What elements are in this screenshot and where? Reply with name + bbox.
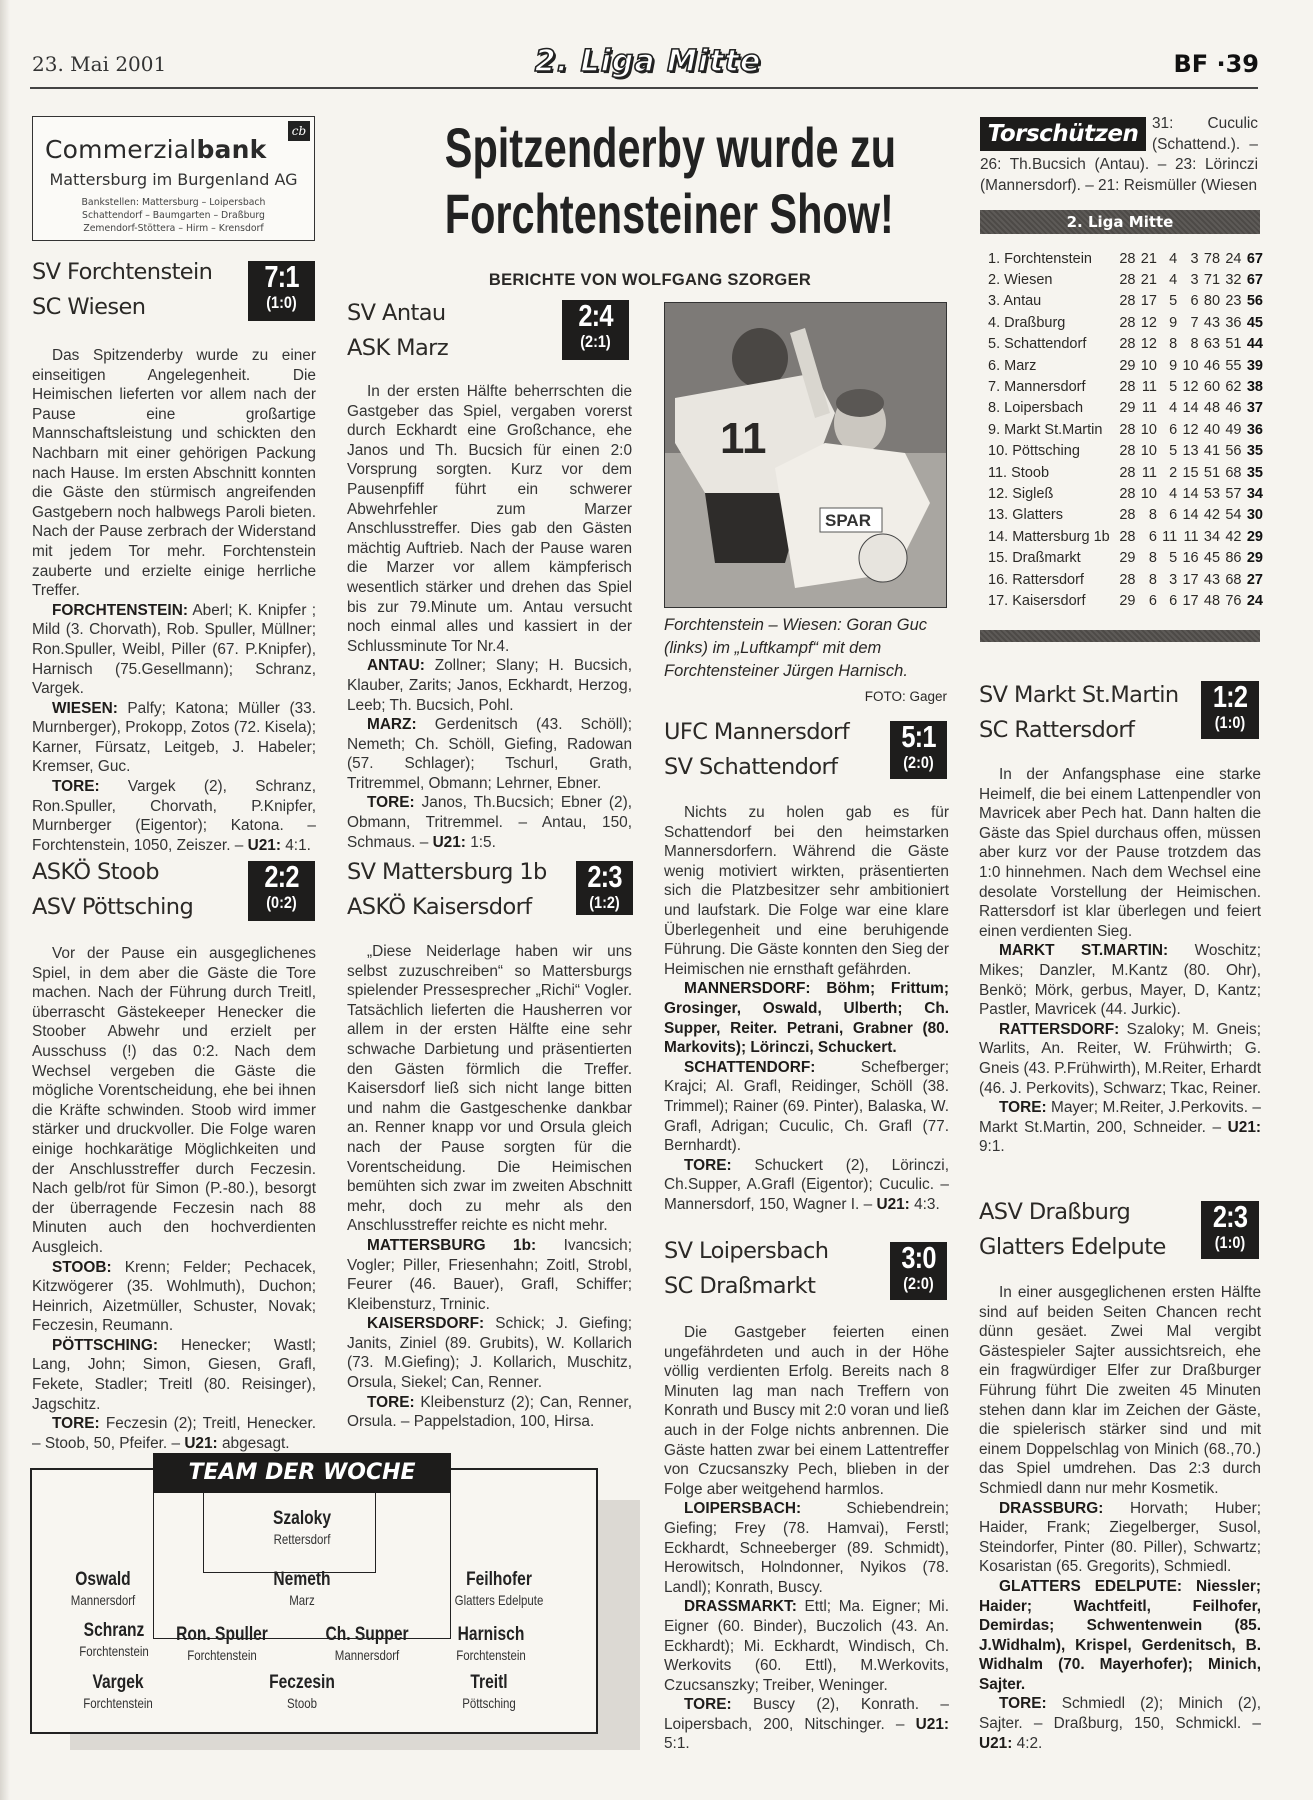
stat-sp: 28 [1114, 376, 1135, 397]
stat-tp: 40 [1199, 419, 1220, 440]
standings-row: 2. Wiesen282143713267 [988, 269, 1263, 290]
stat-u: 6 [1157, 590, 1177, 611]
stat-s: 17 [1135, 291, 1156, 312]
standings-row: 3. Antau281756802356 [988, 291, 1263, 312]
stat-s: 12 [1135, 312, 1156, 333]
match-header: SV Mattersburg 1bASKÖ Kaisersdorf 2:3(1:… [347, 855, 632, 925]
team-name: 9. Markt St.Martin [988, 419, 1114, 440]
stat-sp: 28 [1114, 462, 1135, 483]
match-header: ASV DraßburgGlatters Edelpute 2:3(1:0) [979, 1195, 1264, 1265]
stat-tp: 45 [1199, 547, 1220, 568]
football-players-image: 11 SPAR [665, 303, 947, 608]
standings-row: 5. Schattendorf281288635144 [988, 334, 1263, 355]
points: 34 [1242, 483, 1264, 504]
stat-tm: 24 [1220, 248, 1241, 269]
points: 27 [1242, 569, 1264, 590]
stat-tm: 51 [1220, 334, 1241, 355]
stat-sp: 28 [1114, 312, 1135, 333]
tdw-player: TreitlPöttsching [404, 1672, 574, 1711]
stat-u: 6 [1157, 419, 1177, 440]
points: 45 [1242, 312, 1264, 333]
stat-n: 6 [1177, 291, 1198, 312]
match-header: UFC MannersdorfSV Schattendorf 5:1(2:0) [664, 715, 949, 785]
points: 38 [1242, 376, 1264, 397]
standings-row: 4. Draßburg281297433645 [988, 312, 1263, 333]
svg-text:SPAR: SPAR [825, 511, 871, 530]
stat-tp: 53 [1199, 483, 1220, 504]
stat-tp: 42 [1199, 505, 1220, 526]
score-box: 2:2(0:2) [248, 861, 315, 921]
stat-n: 16 [1177, 547, 1198, 568]
stat-tp: 41 [1199, 441, 1220, 462]
team-name: 10. Pöttsching [988, 441, 1114, 462]
standings-row: 6. Marz2910910465539 [988, 355, 1263, 376]
score-box: 2:4(2:1) [562, 300, 629, 360]
stat-sp: 28 [1114, 526, 1135, 547]
stat-n: 3 [1177, 269, 1198, 290]
match-report: In der Anfangsphase eine starke Heimelf,… [979, 765, 1261, 1157]
tdw-player: OswaldMannersdorf [18, 1569, 188, 1608]
team-name: 6. Marz [988, 355, 1114, 376]
stat-n: 3 [1177, 248, 1198, 269]
stat-tm: 46 [1220, 398, 1241, 419]
stat-sp: 28 [1114, 483, 1135, 504]
match-report: In einer ausgeglichenen ersten Hälfte si… [979, 1283, 1261, 1753]
points: 67 [1242, 248, 1264, 269]
stat-tp: 43 [1199, 569, 1220, 590]
stat-tp: 71 [1199, 269, 1220, 290]
stat-tm: 42 [1220, 526, 1241, 547]
team-name: 14. Mattersburg 1b [988, 526, 1114, 547]
stat-tm: 49 [1220, 419, 1241, 440]
stat-u: 4 [1157, 248, 1177, 269]
points: 29 [1242, 547, 1264, 568]
stat-sp: 28 [1114, 505, 1135, 526]
team-name: 4. Draßburg [988, 312, 1114, 333]
standings-footer-bar [980, 630, 1260, 642]
standings-row: 9. Markt St.Martin2810612404936 [988, 419, 1263, 440]
standings-row: 13. Glatters288614425430 [988, 505, 1263, 526]
team-of-week-title: TEAM DER WOCHE [153, 1453, 451, 1493]
tdw-player: FeczesinStoob [217, 1672, 387, 1711]
stat-u: 4 [1157, 398, 1177, 419]
stat-n: 7 [1177, 312, 1198, 333]
tdw-player: VargekForchtenstein [33, 1672, 203, 1711]
stat-tm: 57 [1220, 483, 1241, 504]
stat-n: 17 [1177, 590, 1198, 611]
standings-row: 8. Loipersbach2911414484637 [988, 398, 1263, 419]
stat-sp: 28 [1114, 269, 1135, 290]
stat-u: 5 [1157, 441, 1177, 462]
stat-tm: 55 [1220, 355, 1241, 376]
tdw-player: SzalokyRettersdorf [217, 1508, 387, 1547]
stat-sp: 28 [1114, 441, 1135, 462]
standings-row: 11. Stoob2811215516835 [988, 462, 1263, 483]
points: 44 [1242, 334, 1264, 355]
match-report: Nichts zu holen gab es für Schattendorf … [664, 803, 949, 1214]
match-header: SV AntauASK Marz 2:4(2:1) [347, 296, 632, 366]
points: 29 [1242, 526, 1264, 547]
points: 35 [1242, 462, 1264, 483]
points: 35 [1242, 441, 1264, 462]
stat-u: 4 [1157, 483, 1177, 504]
standings-title: 2. Liga Mitte [980, 210, 1260, 234]
team-name: 7. Mannersdorf [988, 376, 1114, 397]
stat-tm: 86 [1220, 547, 1241, 568]
stat-n: 15 [1177, 462, 1198, 483]
points: 37 [1242, 398, 1264, 419]
standings-row: 12. Sigleß2810414535734 [988, 483, 1263, 504]
stat-n: 14 [1177, 505, 1198, 526]
stat-n: 10 [1177, 355, 1198, 376]
stat-sp: 28 [1114, 248, 1135, 269]
stat-tp: 48 [1199, 398, 1220, 419]
stat-tm: 32 [1220, 269, 1241, 290]
stat-s: 10 [1135, 441, 1156, 462]
score-box: 7:1(1:0) [248, 261, 315, 321]
team-name: 13. Glatters [988, 505, 1114, 526]
match-report: In der ersten Hälfte beherrschten die Ga… [347, 382, 632, 852]
standings-row: 14. Mattersburg 1b2861111344229 [988, 526, 1263, 547]
standings-row: 15. Draßmarkt298516458629 [988, 547, 1263, 568]
team-name: 3. Antau [988, 291, 1114, 312]
match-header: SV ForchtensteinSC Wiesen 7:1(1:0) [32, 255, 317, 325]
stat-sp: 29 [1114, 590, 1135, 611]
stat-tp: 51 [1199, 462, 1220, 483]
stat-n: 12 [1177, 376, 1198, 397]
stat-u: 4 [1157, 269, 1177, 290]
standings-row: 1. Forchtenstein282143782467 [988, 248, 1263, 269]
match-header: ASKÖ StoobASV Pöttsching 2:2(0:2) [32, 855, 317, 925]
bank-advertisement: cb Commerzialbank Mattersburg im Burgenl… [32, 116, 315, 241]
match-report: Vor der Pause ein ausgeglichenes Spiel, … [32, 944, 316, 1453]
stat-u: 3 [1157, 569, 1177, 590]
tdw-player: HarnischForchtenstein [406, 1624, 576, 1663]
team-name: 1. Forchtenstein [988, 248, 1114, 269]
article-headline: Spitzenderby wurde zu Forchtensteiner Sh… [445, 115, 859, 247]
bank-branches-line: Zemendorf-Stöttera – Hirm – Krensdorf [33, 223, 314, 234]
top-scorers-label: Torschützen [980, 117, 1146, 151]
team-name: 8. Loipersbach [988, 398, 1114, 419]
stat-s: 11 [1135, 462, 1156, 483]
section-title: 2. Liga Mitte [498, 44, 798, 79]
stat-s: 6 [1135, 590, 1156, 611]
stat-s: 11 [1135, 398, 1156, 419]
score-box: 2:3(1:2) [576, 861, 633, 915]
svg-text:11: 11 [720, 414, 767, 463]
stat-u: 5 [1157, 376, 1177, 397]
stat-u: 8 [1157, 334, 1177, 355]
top-scorers-text: Torschützen 31: Cuculic (Schattend.). – … [980, 114, 1258, 196]
stat-sp: 28 [1114, 569, 1135, 590]
stat-u: 6 [1157, 505, 1177, 526]
team-name: 11. Stoob [988, 462, 1114, 483]
stat-n: 17 [1177, 569, 1198, 590]
bank-subtitle: Mattersburg im Burgenland AG [33, 170, 314, 189]
points: 67 [1242, 269, 1264, 290]
stat-s: 10 [1135, 419, 1156, 440]
tdw-player: FeilhoferGlatters Edelpute [414, 1569, 584, 1608]
stat-tm: 68 [1220, 569, 1241, 590]
stat-tm: 76 [1220, 590, 1241, 611]
byline: BERICHTE VON WOLFGANG SZORGER [380, 271, 920, 290]
points: 36 [1242, 419, 1264, 440]
issue-date: 23. Mai 2001 [32, 52, 166, 76]
tdw-player: NemethMarz [217, 1569, 387, 1608]
score-box: 1:2(1:0) [1201, 681, 1259, 739]
team-name: 15. Draßmarkt [988, 547, 1114, 568]
team-name: 12. Sigleß [988, 483, 1114, 504]
stat-u: 9 [1157, 355, 1177, 376]
stat-n: 8 [1177, 334, 1198, 355]
points: 39 [1242, 355, 1264, 376]
bank-branches-line: Schattendorf – Baumgarten – Draßburg [33, 210, 314, 221]
photo-credit: FOTO: Gager [865, 685, 947, 708]
page-edge [0, 0, 10, 1800]
standings-table: 1. Forchtenstein2821437824672. Wiesen282… [988, 248, 1263, 612]
standings-row: 10. Pöttsching2810513415635 [988, 441, 1263, 462]
stat-tp: 43 [1199, 312, 1220, 333]
stat-tm: 68 [1220, 462, 1241, 483]
cb-logo-icon: cb [288, 121, 310, 141]
stat-tp: 63 [1199, 334, 1220, 355]
points: 30 [1242, 505, 1264, 526]
stat-s: 10 [1135, 355, 1156, 376]
page-number: BF ·39 [1173, 50, 1259, 78]
stat-tm: 62 [1220, 376, 1241, 397]
points: 24 [1242, 590, 1264, 611]
stat-sp: 29 [1114, 355, 1135, 376]
stat-s: 21 [1135, 248, 1156, 269]
stat-n: 11 [1177, 526, 1198, 547]
stat-tp: 48 [1199, 590, 1220, 611]
stat-tm: 23 [1220, 291, 1241, 312]
match-report: Die Gastgeber feierten einen ungefährdet… [664, 1323, 949, 1754]
stat-n: 14 [1177, 483, 1198, 504]
stat-s: 21 [1135, 269, 1156, 290]
stat-tm: 54 [1220, 505, 1241, 526]
stat-s: 12 [1135, 334, 1156, 355]
standings-row: 7. Mannersdorf2811512606238 [988, 376, 1263, 397]
stat-tp: 60 [1199, 376, 1220, 397]
stat-u: 11 [1157, 526, 1177, 547]
stat-sp: 28 [1114, 334, 1135, 355]
stat-s: 8 [1135, 547, 1156, 568]
score-box: 3:0(2:0) [890, 1242, 947, 1300]
stat-sp: 29 [1114, 547, 1135, 568]
stat-tp: 46 [1199, 355, 1220, 376]
stat-n: 13 [1177, 441, 1198, 462]
photo-caption: Forchtenstein – Wiesen: Goran Guc (links… [664, 614, 947, 708]
points: 56 [1242, 291, 1264, 312]
team-name: 17. Kaisersdorf [988, 590, 1114, 611]
stat-u: 5 [1157, 547, 1177, 568]
team-name: 16. Rattersdorf [988, 569, 1114, 590]
header-rule [30, 87, 1258, 89]
stat-u: 2 [1157, 462, 1177, 483]
match-report: „Diese Neiderlage haben wir uns selbst z… [347, 942, 632, 1432]
match-report: Das Spitzenderby wurde zu einer einseiti… [32, 346, 316, 855]
stat-tm: 36 [1220, 312, 1241, 333]
standings-row: 16. Rattersdorf288317436827 [988, 569, 1263, 590]
stat-tp: 78 [1199, 248, 1220, 269]
stat-s: 6 [1135, 526, 1156, 547]
team-name: 2. Wiesen [988, 269, 1114, 290]
stat-u: 5 [1157, 291, 1177, 312]
team-name: 5. Schattendorf [988, 334, 1114, 355]
standings-row: 17. Kaisersdorf296617487624 [988, 590, 1263, 611]
match-header: SV Markt St.MartinSC Rattersdorf 1:2(1:0… [979, 678, 1264, 748]
stat-tp: 80 [1199, 291, 1220, 312]
stat-sp: 29 [1114, 398, 1135, 419]
stat-sp: 28 [1114, 291, 1135, 312]
bank-branches-line: Bankstellen: Mattersburg – Loipersbach [33, 197, 314, 208]
stat-tm: 56 [1220, 441, 1241, 462]
score-box: 2:3(1:0) [1201, 1201, 1259, 1259]
stat-sp: 28 [1114, 419, 1135, 440]
stat-u: 9 [1157, 312, 1177, 333]
stat-n: 14 [1177, 398, 1198, 419]
score-box: 5:1(2:0) [890, 721, 947, 779]
stat-s: 8 [1135, 505, 1156, 526]
stat-n: 12 [1177, 419, 1198, 440]
bank-name: Commerzialbank [45, 135, 266, 164]
stat-s: 8 [1135, 569, 1156, 590]
stat-s: 11 [1135, 376, 1156, 397]
stat-tp: 34 [1199, 526, 1220, 547]
match-header: SV LoipersbachSC Draßmarkt 3:0(2:0) [664, 1234, 949, 1304]
match-photo: 11 SPAR [664, 302, 947, 608]
stat-s: 10 [1135, 483, 1156, 504]
